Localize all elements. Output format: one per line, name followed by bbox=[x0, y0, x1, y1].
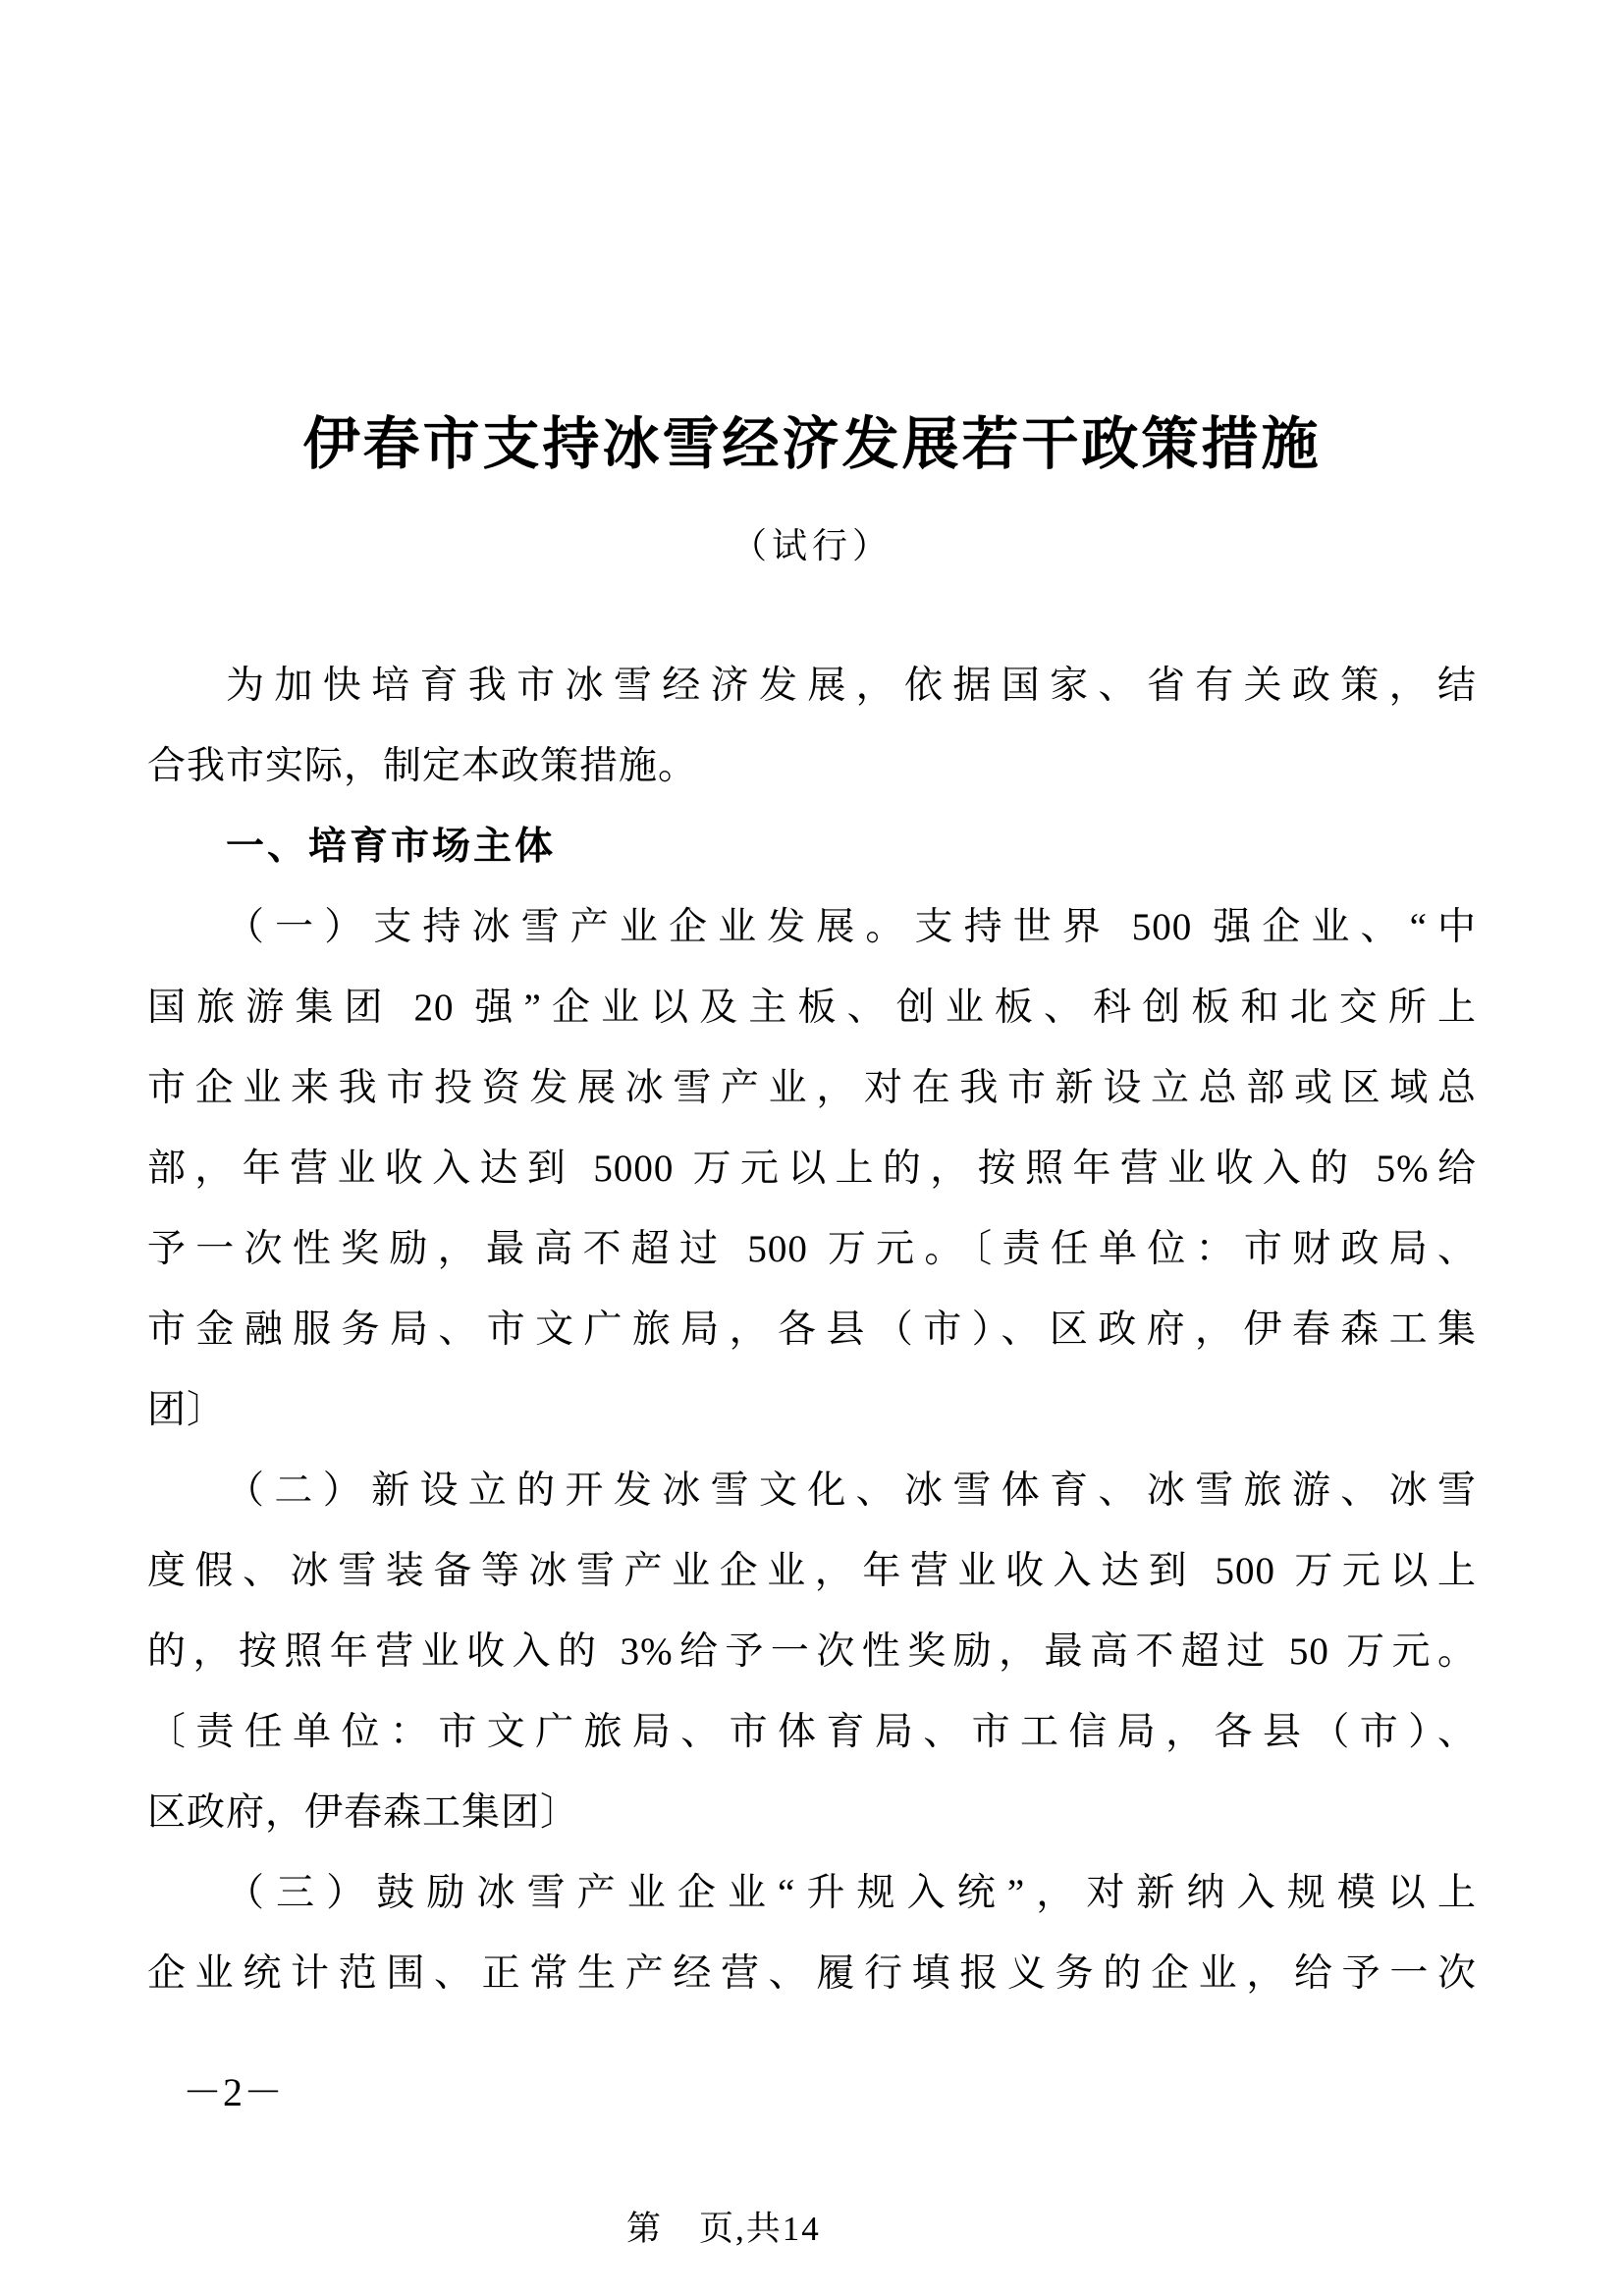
text-line: （二）新设立的开发冰雪文化、冰雪体育、冰雪旅游、冰雪 bbox=[147, 1467, 1477, 1547]
text-line: 部，年营业收入达到 5000 万元以上的，按照年营业收入的 5%给 bbox=[147, 1145, 1477, 1225]
text-line: 予一次性奖励，最高不超过 500 万元。〔责任单位：市财政局、 bbox=[147, 1225, 1477, 1306]
page-number: －2－ bbox=[183, 2061, 284, 2117]
text-line: 团〕 bbox=[147, 1386, 1477, 1467]
text-line: 〔责任单位：市文广旅局、市体育局、市工信局，各县（市）、 bbox=[147, 1708, 1477, 1789]
text-line: 市金融服务局、市文广旅局，各县（市）、区政府，伊春森工集 bbox=[147, 1306, 1477, 1386]
document-title: 伊春市支持冰雪经济发展若干政策措施 bbox=[0, 398, 1624, 480]
text-line: 为加快培育我市冰雪经济发展，依据国家、省有关政策，结 bbox=[147, 662, 1477, 742]
text-line: 企业统计范围、正常生产经营、履行填报义务的企业，给予一次 bbox=[147, 1949, 1477, 2030]
document-subtitle: （试行） bbox=[0, 518, 1624, 568]
text-line: 度假、冰雪装备等冰雪产业企业，年营业收入达到 500 万元以上 bbox=[147, 1547, 1477, 1628]
document-page: 伊春市支持冰雪经济发展若干政策措施 （试行） 为加快培育我市冰雪经济发展，依据国… bbox=[0, 0, 1624, 2296]
text-line: 的，按照年营业收入的 3%给予一次性奖励，最高不超过 50 万元。 bbox=[147, 1628, 1477, 1708]
text-line: 区政府，伊春森工集团〕 bbox=[147, 1789, 1477, 1869]
section-heading: 一、培育市场主体 bbox=[147, 823, 1477, 903]
text-line: （一）支持冰雪产业企业发展。支持世界 500 强企业、“中 bbox=[147, 903, 1477, 984]
footer-page-info: 第 页,共14 bbox=[626, 2202, 821, 2251]
document-body: 为加快培育我市冰雪经济发展，依据国家、省有关政策，结 合我市实际，制定本政策措施… bbox=[147, 662, 1477, 2030]
text-line: 合我市实际，制定本政策措施。 bbox=[147, 742, 1477, 823]
text-line: 市企业来我市投资发展冰雪产业，对在我市新设立总部或区域总 bbox=[147, 1064, 1477, 1145]
text-line: 国旅游集团 20 强”企业以及主板、创业板、科创板和北交所上 bbox=[147, 984, 1477, 1064]
text-line: （三）鼓励冰雪产业企业“升规入统”，对新纳入规模以上 bbox=[147, 1869, 1477, 1949]
